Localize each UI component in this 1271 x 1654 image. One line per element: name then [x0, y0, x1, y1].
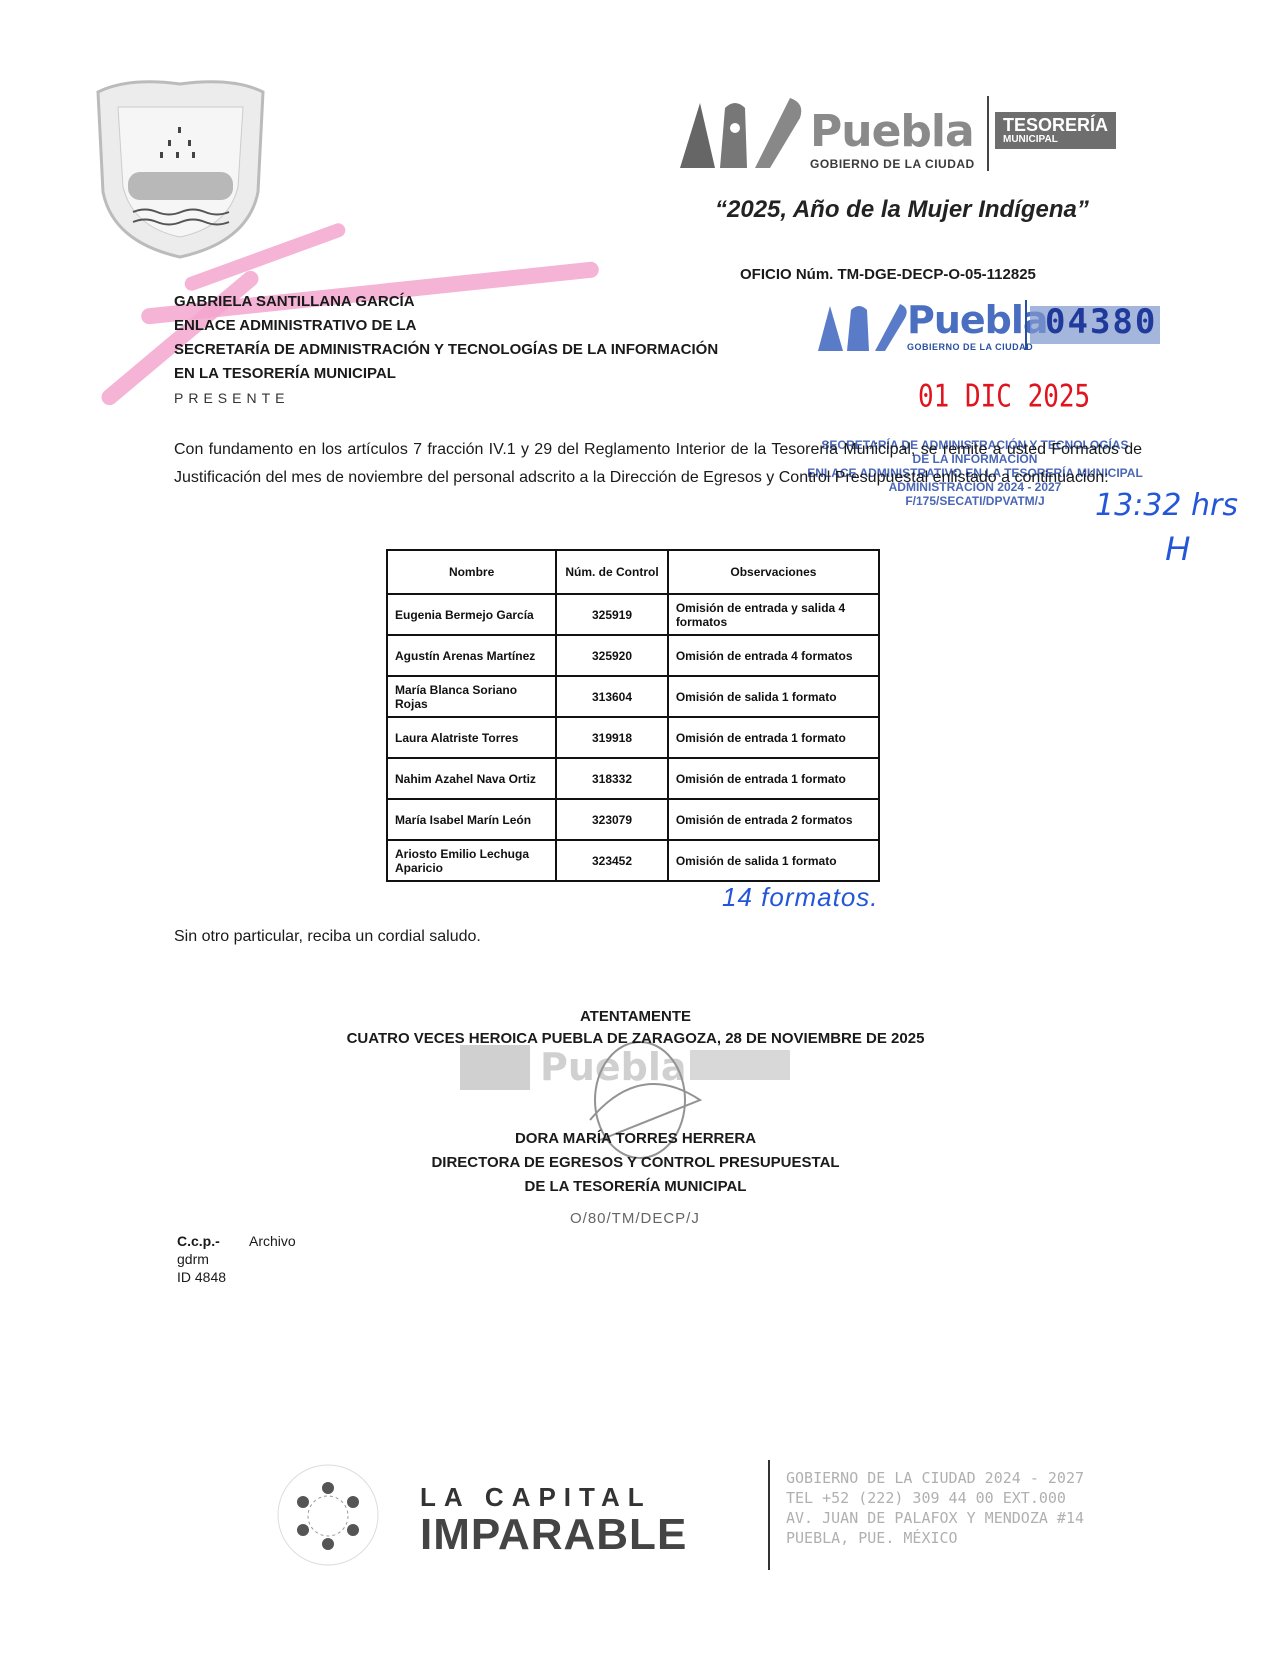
table-row: María Isabel Marín León323079Omisión de …: [387, 799, 879, 840]
cell-name: Agustín Arenas Martínez: [387, 635, 556, 676]
cell-name: Nahim Azahel Nava Ortiz: [387, 758, 556, 799]
addressee-department: SECRETARÍA DE ADMINISTRACIÓN Y TECNOLOGÍ…: [174, 338, 718, 362]
cell-control: 319918: [556, 717, 668, 758]
cell-observation: Omisión de entrada 1 formato: [668, 758, 879, 799]
table-row: Agustín Arenas Martínez325920Omisión de …: [387, 635, 879, 676]
address-line: GOBIERNO DE LA CIUDAD 2024 - 2027: [786, 1468, 1084, 1488]
table-row: Nahim Azahel Nava Ortiz318332Omisión de …: [387, 758, 879, 799]
cell-observation: Omisión de entrada 1 formato: [668, 717, 879, 758]
table-header-row: Nombre Núm. de Control Observaciones: [387, 550, 879, 594]
ccp-value: Archivo: [249, 1233, 296, 1249]
received-folio-number: 04380: [1045, 302, 1157, 342]
signer-name: DORA MARÍA TORRES HERRERA: [0, 1130, 1271, 1147]
equality-norm-seal: [273, 1460, 383, 1570]
column-header: Núm. de Control: [556, 550, 668, 594]
cell-name: María Isabel Marín León: [387, 799, 556, 840]
cell-name: Laura Alatriste Torres: [387, 717, 556, 758]
signer-title: DIRECTORA DE EGRESOS Y CONTROL PRESUPUES…: [0, 1154, 1271, 1171]
addressee-location: EN LA TESORERÍA MUNICIPAL: [174, 362, 718, 386]
logo-subtitle: GOBIERNO DE LA CIUDAD: [810, 157, 975, 171]
typist-initials: gdrm: [177, 1250, 296, 1268]
closing-line: Sin otro particular, reciba un cordial s…: [174, 928, 481, 946]
address-line: PUEBLA, PUE. MÉXICO: [786, 1528, 1084, 1548]
table-row: María Blanca Soriano Rojas313604Omisión …: [387, 676, 879, 717]
addressee-name: GABRIELA SANTILLANA GARCÍA: [174, 290, 718, 314]
cell-control: 313604: [556, 676, 668, 717]
cell-control: 323079: [556, 799, 668, 840]
city-crest-logo: [88, 72, 273, 262]
closing-atentamente: ATENTAMENTE: [0, 1008, 1271, 1025]
ccp-label: C.c.p.-: [177, 1232, 249, 1250]
department-sub: MUNICIPAL: [1003, 134, 1108, 145]
document-id: ID 4848: [177, 1268, 296, 1286]
address-line: AV. JUAN DE PALAFOX Y MENDOZA #14: [786, 1508, 1084, 1528]
puebla-header-logo: Puebla GOBIERNO DE LA CIUDAD TESORERÍA M…: [675, 88, 1145, 176]
column-header: Nombre: [387, 550, 556, 594]
cell-control: 325919: [556, 594, 668, 635]
cell-control: 318332: [556, 758, 668, 799]
table-row: Eugenia Bermejo García325919Omisión de e…: [387, 594, 879, 635]
footer-divider: [768, 1460, 770, 1570]
handwritten-total: 14 formatos.: [722, 882, 879, 913]
department-name: TESORERÍA: [1003, 116, 1108, 134]
cell-name: Ariosto Emilio Lechuga Aparicio: [387, 840, 556, 881]
slogan-bottom: IMPARABLE: [420, 1513, 687, 1557]
cell-name: María Blanca Soriano Rojas: [387, 676, 556, 717]
table-row: Ariosto Emilio Lechuga Aparicio323452Omi…: [387, 840, 879, 881]
seal-code: O/80/TM/DECP/J: [570, 1210, 700, 1227]
logo-word: Puebla: [810, 106, 975, 157]
puebla-emblem-icon: [815, 296, 910, 356]
table-row: Laura Alatriste Torres319918Omisión de e…: [387, 717, 879, 758]
signer-department: DE LA TESORERÍA MUNICIPAL: [0, 1178, 1271, 1195]
cell-observation: Omisión de salida 1 formato: [668, 676, 879, 717]
address-line: TEL +52 (222) 309 44 00 EXT.000: [786, 1488, 1084, 1508]
cell-control: 323452: [556, 840, 668, 881]
cell-control: 325920: [556, 635, 668, 676]
received-date-stamp: 01 DIC 2025: [918, 379, 1090, 415]
cell-name: Eugenia Bermejo García: [387, 594, 556, 635]
salutation: PRESENTE: [174, 390, 289, 406]
addressee-block: GABRIELA SANTILLANA GARCÍA ENLACE ADMINI…: [174, 290, 718, 386]
footer-address: GOBIERNO DE LA CIUDAD 2024 - 2027 TEL +5…: [786, 1468, 1084, 1548]
stamp-line: F/175/SECATI/DPVATM/J: [805, 494, 1145, 508]
addressee-title: ENLACE ADMINISTRATIVO DE LA: [174, 314, 718, 338]
column-header: Observaciones: [668, 550, 879, 594]
copy-notation: C.c.p.-Archivo gdrm ID 4848: [177, 1232, 296, 1286]
slogan-top: LA CAPITAL: [420, 1482, 687, 1513]
cell-observation: Omisión de entrada 4 formatos: [668, 635, 879, 676]
puebla-emblem-icon: [675, 88, 815, 176]
handwritten-initials: H: [1165, 530, 1190, 569]
cell-observation: Omisión de entrada y salida 4 formatos: [668, 594, 879, 635]
body-paragraph: Con fundamento en los artículos 7 fracci…: [174, 436, 1142, 492]
city-slogan: LA CAPITAL IMPARABLE: [420, 1482, 687, 1557]
staff-table: Nombre Núm. de Control Observaciones Eug…: [386, 549, 880, 882]
oficio-number: OFICIO Núm. TM-DGE-DECP-O-05-112825: [740, 266, 1036, 283]
year-motto: “2025, Año de la Mujer Indígena”: [715, 196, 1089, 224]
handwritten-time: 13:32 hrs: [1095, 488, 1238, 523]
cell-observation: Omisión de salida 1 formato: [668, 840, 879, 881]
cell-observation: Omisión de entrada 2 formatos: [668, 799, 879, 840]
